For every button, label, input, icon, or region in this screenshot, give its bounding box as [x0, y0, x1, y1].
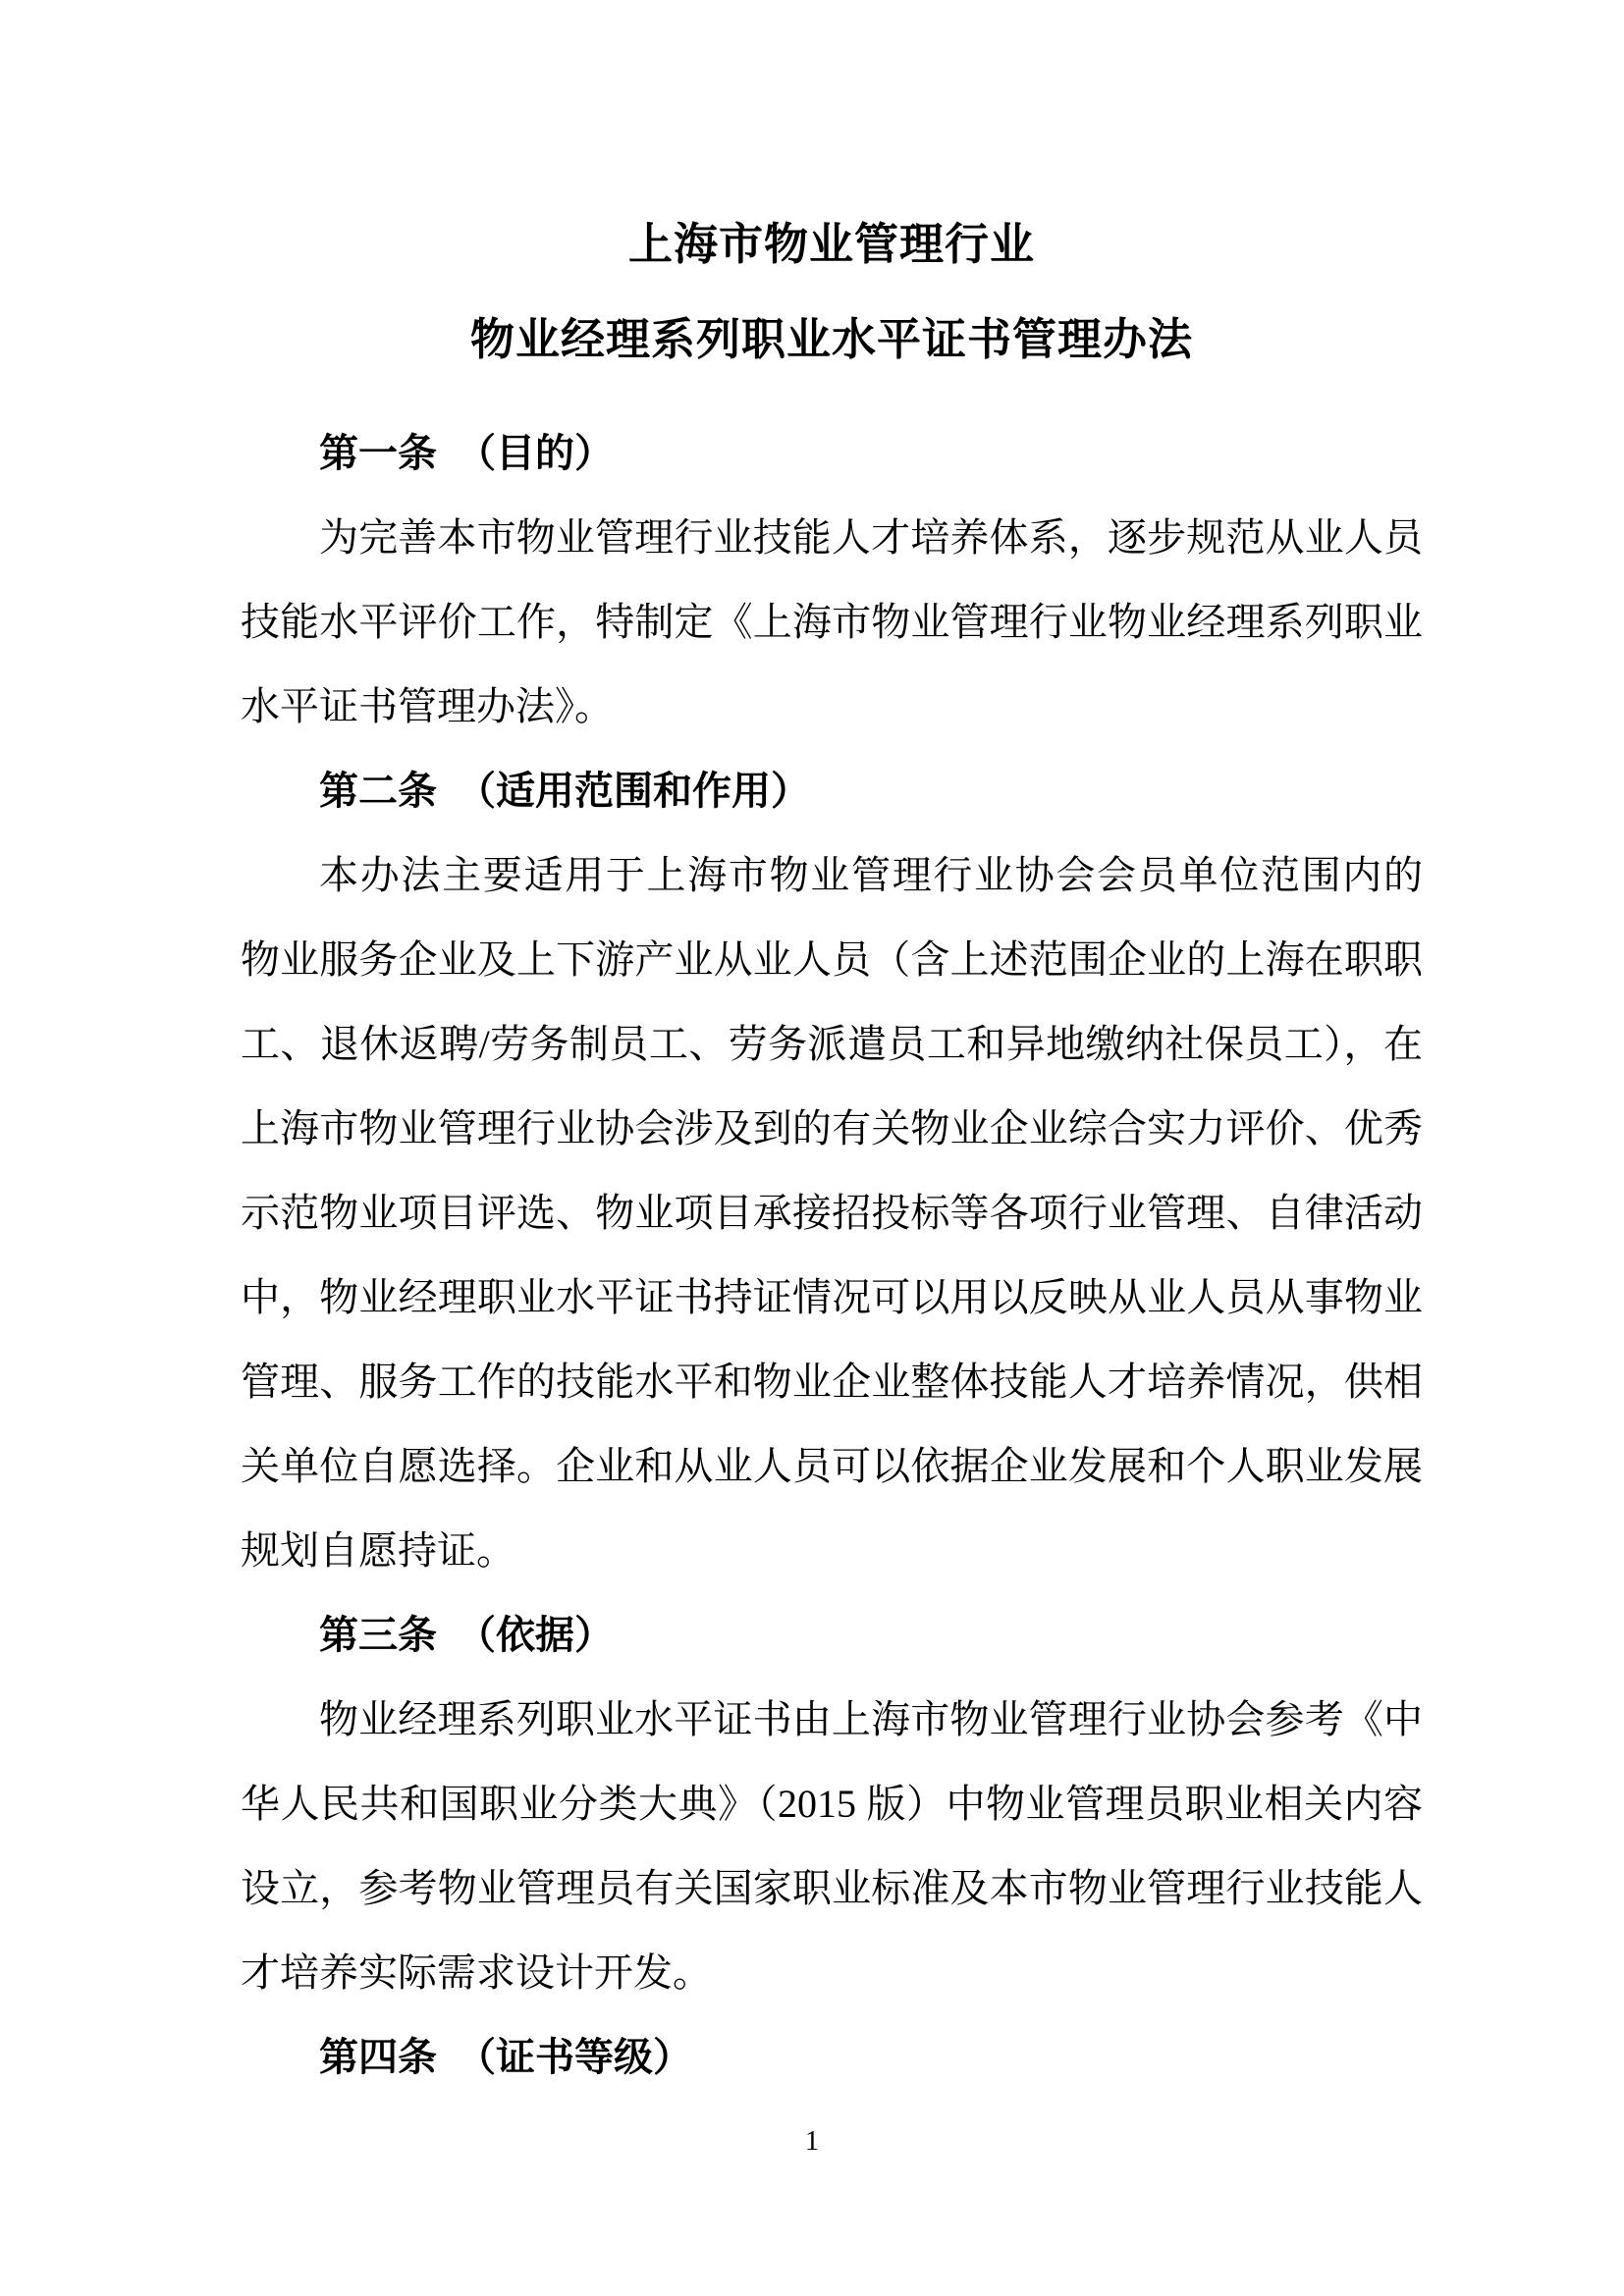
section-heading-1: 第一条 （目的）: [241, 411, 1423, 496]
body-line: 水平证书管理办法》。: [241, 665, 1423, 749]
body-line: 为完善本市物业管理行业技能人才培养体系，逐步规范从业人员: [241, 496, 1423, 580]
document-body: 第一条 （目的）为完善本市物业管理行业技能人才培养体系，逐步规范从业人员技能水平…: [241, 411, 1423, 2100]
body-line: 物业经理系列职业水平证书由上海市物业管理行业协会参考《中: [241, 1678, 1423, 1762]
section-heading-3: 第三条 （依据）: [241, 1593, 1423, 1678]
document-title: 上海市物业管理行业 物业经理系列职业水平证书管理办法: [241, 196, 1423, 387]
document-page: 上海市物业管理行业 物业经理系列职业水平证书管理办法 第一条 （目的）为完善本市…: [241, 0, 1423, 2100]
body-line: 华人民共和国职业分类大典》（2015 版）中物业管理员职业相关内容: [241, 1762, 1423, 1846]
body-line: 管理、服务工作的技能水平和物业企业整体技能人才培养情况，供相: [241, 1340, 1423, 1424]
section-heading-2: 第二条 （适用范围和作用）: [241, 749, 1423, 833]
body-line: 规划自愿持证。: [241, 1509, 1423, 1593]
body-line: 才培养实际需求设计开发。: [241, 1931, 1423, 2015]
body-line: 本办法主要适用于上海市物业管理行业协会会员单位范围内的: [241, 833, 1423, 918]
body-line: 工、退休返聘/劳务制员工、劳务派遣员工和异地缴纳社保员工），在: [241, 1002, 1423, 1087]
body-line: 上海市物业管理行业协会涉及到的有关物业企业综合实力评价、优秀: [241, 1087, 1423, 1171]
body-line: 示范物业项目评选、物业项目承接招投标等各项行业管理、自律活动: [241, 1171, 1423, 1255]
body-line: 技能水平评价工作，特制定《上海市物业管理行业物业经理系列职业: [241, 580, 1423, 665]
body-line: 关单位自愿选择。企业和从业人员可以依据企业发展和个人职业发展: [241, 1424, 1423, 1509]
body-line: 物业服务企业及上下游产业从业人员（含上述范围企业的上海在职职: [241, 918, 1423, 1002]
title-line-2: 物业经理系列职业水平证书管理办法: [241, 292, 1423, 387]
page-number: 1: [0, 2124, 1624, 2158]
section-heading-4: 第四条 （证书等级）: [241, 2015, 1423, 2100]
body-line: 中，物业经理职业水平证书持证情况可以用以反映从业人员从事物业: [241, 1255, 1423, 1340]
body-line: 设立，参考物业管理员有关国家职业标准及本市物业管理行业技能人: [241, 1846, 1423, 1931]
title-line-1: 上海市物业管理行业: [241, 196, 1423, 292]
